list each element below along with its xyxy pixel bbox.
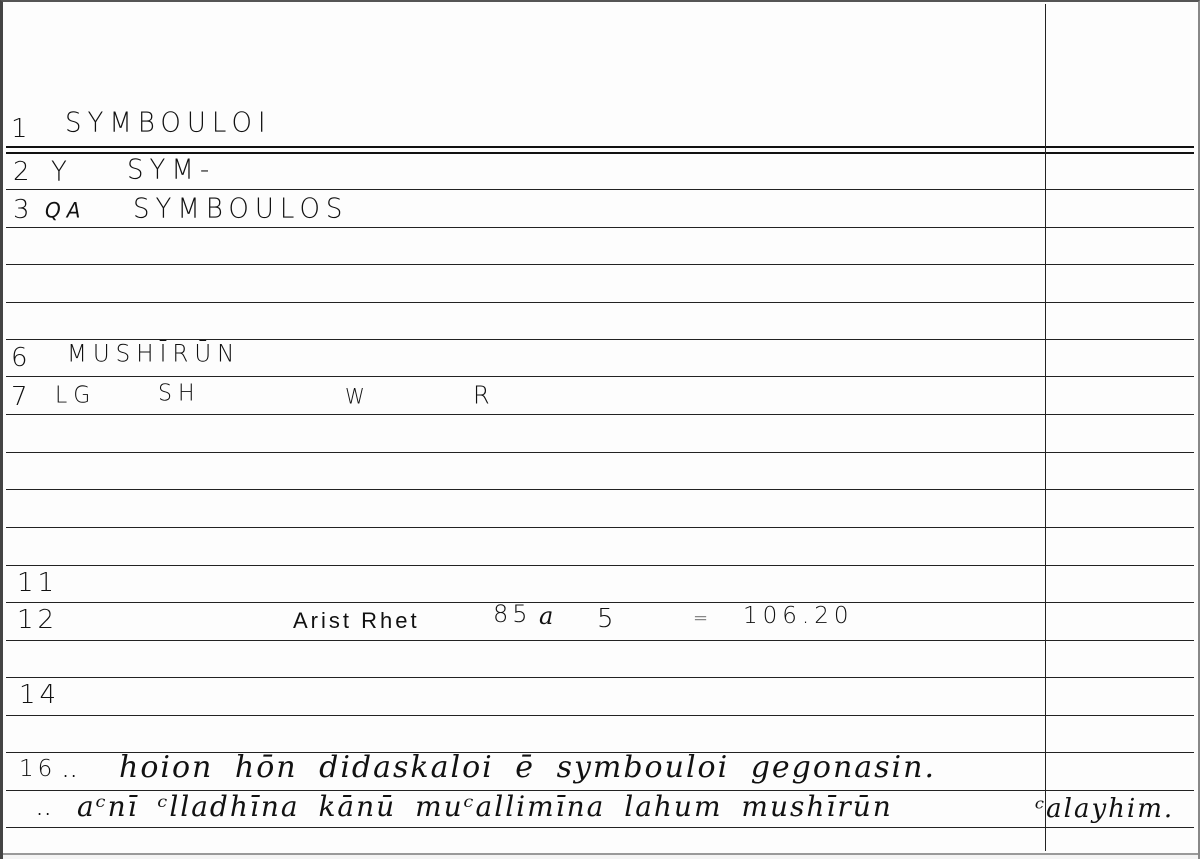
line-number: 3	[13, 195, 34, 225]
line-number: 7	[11, 382, 32, 412]
rule-line	[6, 264, 1194, 265]
rule-line	[6, 146, 1194, 148]
line-number: 14	[19, 680, 60, 710]
arabic-translation-tail: ᶜalayhim.	[1035, 794, 1174, 824]
rule-line	[6, 715, 1194, 716]
rule-line	[6, 640, 1194, 641]
source-reference: Arist Rhet	[293, 608, 420, 634]
rule-line	[6, 602, 1194, 603]
index-card: 1 SYMBOULOI 2 Y SYM- 3 QA SYMBOULOS 6 MU…	[0, 0, 1200, 859]
rule-line	[6, 565, 1194, 566]
equals-sign: =	[693, 608, 712, 629]
ellipsis-mark: ..	[63, 762, 79, 781]
bekker-column: a	[539, 602, 555, 630]
rule-line	[6, 527, 1194, 528]
greek-quotation: hoion hōn didaskaloi ē symbouloi gegonas…	[119, 750, 936, 785]
line-number: 2	[13, 157, 34, 187]
arabic-reference: 106.20	[743, 603, 853, 629]
rule-line	[6, 677, 1194, 678]
rule-line	[6, 414, 1194, 415]
line-number: 11	[17, 568, 58, 598]
bekker-page: 85	[493, 600, 532, 628]
line-number: 6	[11, 343, 32, 373]
code: QA	[45, 197, 86, 222]
line-number: 12	[17, 605, 58, 635]
margin-divider	[1045, 4, 1046, 851]
code: LG	[55, 382, 96, 408]
rule-line	[6, 227, 1194, 228]
line-number: 1	[11, 114, 32, 144]
arabic-translation: aᶜnī ᶜlladhīna kānū muᶜallimīna lahum mu…	[77, 790, 893, 823]
root: SYM-	[127, 154, 215, 186]
radical-1: SH	[158, 380, 201, 406]
bekker-line: 5	[597, 604, 618, 634]
headword: SYMBOULOI	[65, 107, 272, 139]
rule-line	[6, 189, 1194, 190]
ellipsis-mark: ..	[37, 800, 53, 819]
radical-3: R	[473, 380, 496, 409]
arabic-word: MUSHĪRŪN	[67, 340, 240, 367]
code: Y	[51, 156, 73, 188]
rule-line	[6, 302, 1194, 303]
rule-line	[6, 376, 1194, 377]
radical-2: W	[345, 383, 371, 408]
rule-line	[6, 489, 1194, 490]
rule-line	[6, 452, 1194, 453]
line-number: 16	[19, 756, 56, 782]
lemma: SYMBOULOS	[133, 193, 348, 225]
rule-line	[6, 827, 1194, 828]
card-edge	[3, 853, 1198, 859]
